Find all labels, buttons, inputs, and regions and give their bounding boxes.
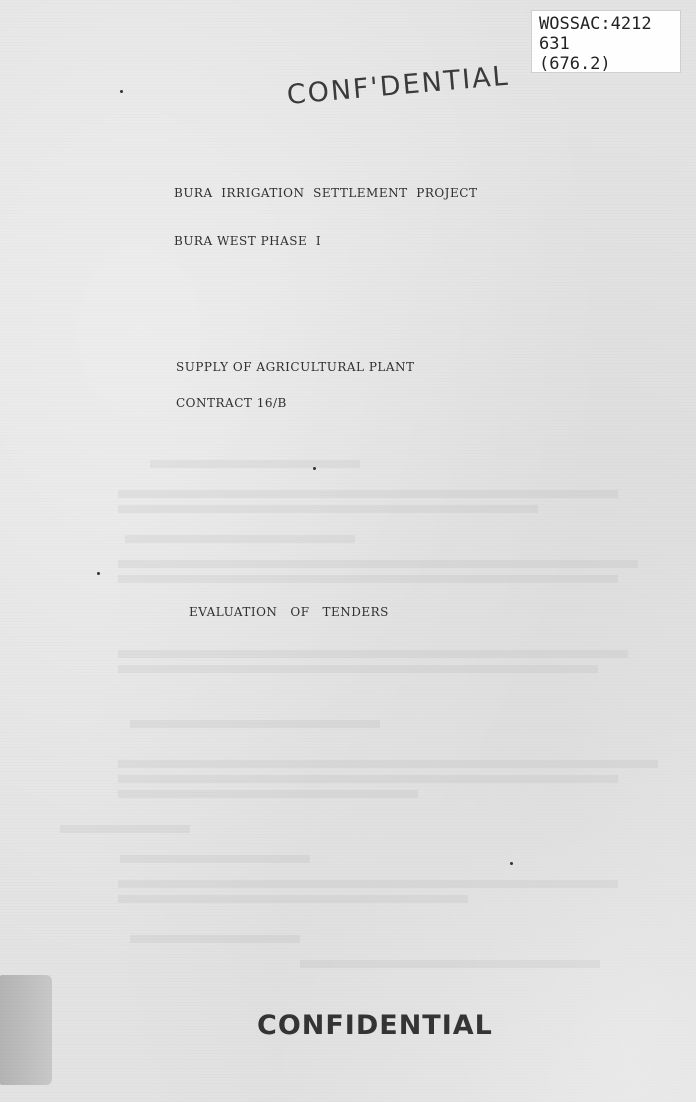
reference-line-1: WOSSAC:4212: [539, 14, 680, 34]
archive-reference-label: WOSSAC:4212 631 (676.2): [531, 10, 681, 73]
bleed-through-line: [118, 575, 618, 583]
bleed-through-line: [118, 560, 638, 568]
bleed-through-line: [150, 460, 360, 468]
bleed-through-line: [130, 720, 380, 728]
binding-smudge: [0, 975, 52, 1085]
document-heading: EVALUATION OF TENDERS: [189, 605, 389, 619]
reference-line-2: 631: [539, 34, 680, 54]
bleed-through-line: [118, 665, 598, 673]
bleed-through-line: [130, 935, 300, 943]
reference-line-3: (676.2): [539, 54, 680, 74]
bleed-through-line: [118, 490, 618, 498]
bleed-through-line: [118, 650, 628, 658]
confidential-stamp-top: CONF'DENTIAL: [286, 61, 511, 111]
bleed-through-line: [118, 760, 658, 768]
speck: [313, 467, 316, 470]
speck: [510, 862, 513, 865]
bleed-through-line: [118, 790, 418, 798]
confidential-stamp-bottom: CONFIDENTIAL: [257, 1010, 493, 1041]
speck: [120, 90, 123, 93]
bleed-through-line: [118, 505, 538, 513]
project-title: BURA IRRIGATION SETTLEMENT PROJECT: [174, 186, 477, 200]
bleed-through-line: [125, 535, 355, 543]
project-phase: BURA WEST PHASE I: [174, 234, 321, 248]
bleed-through-line: [300, 960, 600, 968]
speck: [97, 572, 100, 575]
scanned-page: WOSSAC:4212 631 (676.2) CONF'DENTIAL BUR…: [0, 0, 696, 1102]
supply-subject: SUPPLY OF AGRICULTURAL PLANT: [176, 360, 415, 374]
contract-number: CONTRACT 16/B: [176, 396, 287, 410]
bleed-through-line: [118, 775, 618, 783]
bleed-through-line: [120, 855, 310, 863]
bleed-through-line: [118, 880, 618, 888]
bleed-through-line: [60, 825, 190, 833]
bleed-through-line: [118, 895, 468, 903]
